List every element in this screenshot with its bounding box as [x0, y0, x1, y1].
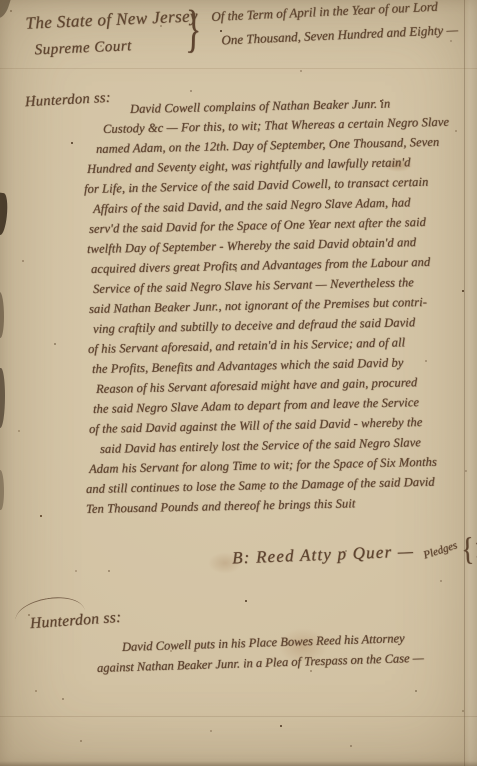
appearance-line: against Nathan Beaker Junr. in a Plea of… [97, 651, 424, 676]
body-line: and still continues to lose the Same to … [86, 475, 435, 497]
body-line: Custody &c — For this, to wit; That Wher… [103, 115, 449, 137]
term-line: Of the Term of April in the Year of our … [211, 0, 457, 25]
caption-brace: } [185, 2, 202, 59]
body-line: said David has entirely lost the Service… [100, 435, 421, 457]
page-bottom-edge [0, 761, 477, 766]
manuscript-page: The State of New Jersey Supreme Court } … [0, 0, 477, 766]
body-line: the Profits, Benefits and Advantages whi… [92, 355, 404, 377]
body-line: Reason of his Servant aforesaid might ha… [96, 375, 418, 397]
body-line: serv'd the said David for the Space of O… [89, 215, 426, 237]
attorney-signature: B: Reed Atty p Quer — [232, 541, 415, 568]
pledges-brace: { [461, 530, 475, 567]
body-line: twelfth Day of September - Whereby the s… [87, 235, 416, 257]
body-line: named Adam, on the 12th. Day of Septembe… [96, 135, 440, 157]
body-line: of his Servant aforesaid, and retain'd i… [88, 335, 405, 357]
body-line: acquired divers great Profits and Advant… [91, 255, 431, 277]
body-line: said Nathan Beaker Junr., not ignorant o… [89, 295, 427, 317]
pledges-label: Pledges [422, 539, 459, 561]
court-name: The State of New Jersey [25, 6, 198, 34]
body-line: David Cowell complains of Nathan Beaker … [130, 97, 391, 117]
body-line: ving craftily and subtilly to deceive an… [93, 315, 416, 337]
paper-crease [0, 68, 477, 69]
term-caption: Of the Term of April in the Year of our … [211, 0, 458, 49]
body-line: Hundred and Seventy eight, was rightfull… [87, 155, 411, 177]
paper-speckles [10, 10, 12, 12]
complaint-body: David Cowell complains of Nathan Beaker … [0, 100, 477, 520]
body-line: Ten Thousand Pounds and thereof he bring… [86, 496, 356, 517]
body-line: Affairs of the said David, and the said … [93, 195, 411, 217]
appearance-line: David Cowell puts in his Place Bowes Ree… [122, 631, 405, 655]
body-line: the said Negro Slave Adam to depart from… [93, 395, 419, 417]
body-line: Service of the said Negro Slave his Serv… [93, 275, 414, 297]
body-line: Adam his Servant for along Time to wit; … [89, 455, 437, 477]
court-type: Supreme Court [34, 35, 199, 59]
court-caption: The State of New Jersey Supreme Court [25, 6, 199, 59]
signature-block: B: Reed Atty p Quer — Pledges { John Doe… [231, 528, 477, 576]
term-year-line: One Thousand, Seven Hundred and Eighty — [221, 22, 458, 49]
body-line: for Life, in the Service of the said Dav… [84, 175, 429, 197]
paper-crease [0, 716, 477, 717]
body-line: of the said David against the Will of th… [89, 415, 423, 437]
